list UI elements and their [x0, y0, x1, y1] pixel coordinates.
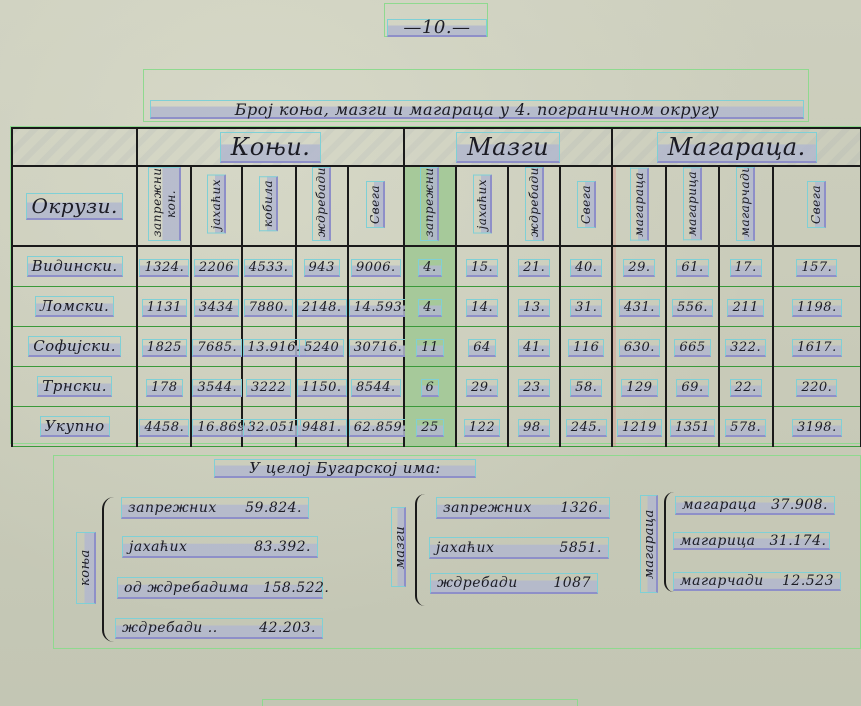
- value-cell: 16.869: [191, 406, 241, 446]
- cell-value: 7880.: [244, 299, 294, 317]
- brace: [102, 497, 114, 642]
- table-row: Укупно4458.16.86932.0519481.62.859.25122…: [12, 406, 861, 446]
- statistics-table: Коњи. Мазги Магараца. Окрузи. запрежних …: [11, 127, 861, 447]
- value-cell: 3434: [191, 286, 241, 326]
- district-column-header: Окрузи.: [12, 166, 137, 246]
- cell-value: 1825: [142, 339, 187, 357]
- summary-item-label: од ждребадима: [124, 580, 249, 596]
- bottom-region: [262, 699, 578, 706]
- summary-item-label: ждребади: [437, 575, 518, 591]
- summary-item: магарчади 12.523: [673, 572, 841, 591]
- cell-value: 116: [568, 339, 604, 357]
- cell-value: 431.: [619, 299, 660, 317]
- column-header: Свега: [348, 166, 404, 246]
- value-cell: 9481.: [296, 406, 348, 446]
- column-header: запрежних кон.: [137, 166, 191, 246]
- column-label: магараца: [630, 168, 649, 241]
- value-cell: 1219: [612, 406, 666, 446]
- cell-value: 5240: [299, 339, 344, 357]
- column-header: јахаћих: [456, 166, 508, 246]
- value-cell: 556.: [666, 286, 718, 326]
- district-cell: Трнски.: [12, 366, 137, 406]
- value-cell: 3544.: [191, 366, 241, 406]
- value-cell: 3198.: [773, 406, 861, 446]
- cell-value: 8544.: [351, 379, 401, 397]
- summary-item-label: јахаћих: [129, 539, 187, 555]
- value-cell: 1351: [666, 406, 718, 446]
- column-header: магараца: [612, 166, 666, 246]
- column-header: ждребади: [508, 166, 560, 246]
- column-header: Свега: [560, 166, 612, 246]
- cell-value: 578.: [725, 419, 766, 437]
- brace: [415, 494, 425, 606]
- value-cell: 943: [296, 246, 348, 286]
- cell-value: 157.: [796, 259, 837, 277]
- cell-value: 69.: [676, 379, 708, 397]
- cell-value: 58.: [570, 379, 602, 397]
- value-cell: 122: [456, 406, 508, 446]
- cell-value: 3434: [194, 299, 239, 317]
- value-cell: 29.: [456, 366, 508, 406]
- value-cell: 1825: [137, 326, 191, 366]
- summary-item-value: 37.908.: [771, 497, 828, 513]
- cell-value: 1219: [617, 419, 662, 437]
- summary-item-label: јахаћих: [436, 540, 494, 556]
- summary-item: од ждребадима 158.522.: [117, 577, 323, 599]
- district-cell: Видински.: [12, 246, 137, 286]
- value-cell: 4.: [404, 246, 456, 286]
- column-label: Свега: [577, 181, 596, 228]
- cell-value: 4458.: [139, 419, 189, 437]
- summary-item-value: 59.824.: [245, 500, 302, 516]
- column-label: запрежних кон.: [148, 167, 181, 241]
- value-cell: 431.: [612, 286, 666, 326]
- cell-value: 14.593.: [349, 299, 412, 317]
- cell-value: 211: [727, 299, 763, 317]
- value-cell: 14.: [456, 286, 508, 326]
- value-cell: 322.: [719, 326, 773, 366]
- summary-item-label: магарица: [680, 533, 755, 549]
- cell-value: 1351: [670, 419, 715, 437]
- column-label: запрежних: [420, 167, 439, 241]
- cell-value: 630.: [619, 339, 660, 357]
- cell-value: 23.: [518, 379, 550, 397]
- value-cell: 9006.: [348, 246, 404, 286]
- district-header-label: Окрузи.: [26, 193, 122, 220]
- group-header-donkeys: Магараца.: [612, 128, 861, 166]
- table-row: Видински.1324.22064533.9439006.4.15.21.4…: [12, 246, 861, 286]
- value-cell: 64: [456, 326, 508, 366]
- summary-item-value: 5851.: [559, 540, 602, 556]
- table-body: Видински.1324.22064533.9439006.4.15.21.4…: [12, 246, 861, 446]
- summary-item: магараца 37.908.: [675, 496, 835, 515]
- district-label: Ломски.: [35, 296, 114, 317]
- summary-item: ждребади .. 42.203.: [115, 618, 323, 639]
- value-cell: 116: [560, 326, 612, 366]
- cell-value: 31.: [570, 299, 602, 317]
- summary-item-label: запрежних: [443, 500, 532, 516]
- cell-value: 9481.: [297, 419, 347, 437]
- column-header: магарица: [666, 166, 718, 246]
- value-cell: 2206: [191, 246, 241, 286]
- value-cell: 13.916.: [242, 326, 296, 366]
- cell-value: 556.: [672, 299, 713, 317]
- cell-value: 122: [464, 419, 500, 437]
- value-cell: 15.: [456, 246, 508, 286]
- group-label: Магараца.: [657, 132, 817, 163]
- district-cell: Укупно: [12, 406, 137, 446]
- column-header: магарчади: [719, 166, 773, 246]
- cell-value: 178: [146, 379, 182, 397]
- summary-item-value: 12.523: [782, 573, 834, 589]
- summary-item-value: 83.392.: [254, 539, 311, 555]
- district-label: Софијски.: [28, 336, 121, 357]
- value-cell: 14.593.: [348, 286, 404, 326]
- cell-value: 1150.: [297, 379, 347, 397]
- summary-item: запрежних 1326.: [436, 497, 610, 519]
- value-cell: 665: [666, 326, 718, 366]
- column-header: јахаћих: [191, 166, 241, 246]
- value-cell: 58.: [560, 366, 612, 406]
- summary-item: јахаћих 83.392.: [122, 536, 318, 558]
- district-label: Трнски.: [37, 376, 112, 397]
- cell-value: 4.: [418, 259, 441, 277]
- column-header: кобила: [242, 166, 296, 246]
- summary-item-label: магарчади: [680, 573, 764, 589]
- cell-value: 220.: [796, 379, 837, 397]
- summary-group-label-donkeys: магараца: [640, 495, 658, 593]
- cell-value: 98.: [518, 419, 550, 437]
- column-label: магарчади: [736, 167, 755, 241]
- value-cell: 31.: [560, 286, 612, 326]
- cell-value: 22.: [730, 379, 762, 397]
- value-cell: 62.859.: [348, 406, 404, 446]
- table-row: Ломски.113134347880.2148.14.593.4.14.13.…: [12, 286, 861, 326]
- cell-value: 40.: [570, 259, 602, 277]
- cell-value: 6: [421, 379, 440, 397]
- group-header-mules: Мазги: [404, 128, 612, 166]
- value-cell: 32.051: [242, 406, 296, 446]
- cell-value: 11: [416, 339, 444, 357]
- district-label: Видински.: [27, 256, 123, 277]
- cell-value: 245.: [566, 419, 607, 437]
- value-cell: 178: [137, 366, 191, 406]
- summary-item: запрежних 59.824.: [121, 497, 309, 519]
- cell-value: 3222: [246, 379, 291, 397]
- value-cell: 29.: [612, 246, 666, 286]
- group-header-horses: Коњи.: [137, 128, 404, 166]
- value-cell: 21.: [508, 246, 560, 286]
- district-cell: Софијски.: [12, 326, 137, 366]
- cell-value: 1198.: [792, 299, 842, 317]
- column-label: Свега: [366, 181, 385, 228]
- column-header-highlighted: запрежних: [404, 166, 456, 246]
- cell-value: 7685.: [192, 339, 242, 357]
- statistics-table-region: Коњи. Мазги Магараца. Окрузи. запрежних …: [10, 126, 861, 444]
- value-cell: 1198.: [773, 286, 861, 326]
- column-label: кобила: [259, 176, 278, 231]
- group-header-row: Коњи. Мазги Магараца.: [12, 128, 861, 166]
- cell-value: 3544.: [192, 379, 242, 397]
- column-header: Свега: [773, 166, 861, 246]
- column-label: Свега: [807, 181, 826, 228]
- value-cell: 211: [719, 286, 773, 326]
- summary-item-label: ждребади ..: [122, 620, 218, 636]
- summary-group-label-horses: коња: [76, 532, 96, 604]
- page-number: —10.—: [387, 19, 487, 37]
- value-cell: 4.: [404, 286, 456, 326]
- value-cell: 2148.: [296, 286, 348, 326]
- value-cell: 4458.: [137, 406, 191, 446]
- column-label: јахаћих: [473, 175, 492, 234]
- scanned-page: —10.— Број коња, мазги и магараца у 4. п…: [0, 0, 861, 706]
- column-header-row: Окрузи. запрежних кон. јахаћих кобила жд…: [12, 166, 861, 246]
- summary-group-label-mules: мазги: [391, 507, 406, 587]
- cell-value: 943: [304, 259, 340, 277]
- summary-item-label: запрежних: [128, 500, 217, 516]
- cell-value: 64: [468, 339, 496, 357]
- empty-corner: [12, 128, 137, 166]
- cell-value: 25: [416, 419, 444, 437]
- summary-item-value: 1087: [553, 575, 591, 591]
- table-row: Софијски.18257685.13.916.524030716.11644…: [12, 326, 861, 366]
- value-cell: 157.: [773, 246, 861, 286]
- value-cell: 8544.: [348, 366, 404, 406]
- value-cell: 578.: [719, 406, 773, 446]
- cell-value: 29.: [623, 259, 655, 277]
- page-number-region: —10.—: [384, 3, 488, 37]
- cell-value: 62.859.: [349, 419, 412, 437]
- cell-value: 30716.: [349, 339, 408, 357]
- cell-value: 1617.: [792, 339, 842, 357]
- district-label: Укупно: [40, 416, 110, 437]
- summary-item-value: 31.174.: [769, 533, 826, 549]
- column-label: ждребади: [312, 167, 331, 241]
- group-label: Мазги: [456, 132, 560, 163]
- value-cell: 245.: [560, 406, 612, 446]
- column-header: ждребади: [296, 166, 348, 246]
- district-cell: Ломски.: [12, 286, 137, 326]
- value-cell: 98.: [508, 406, 560, 446]
- value-cell: 1324.: [137, 246, 191, 286]
- cell-value: 2206: [194, 259, 239, 277]
- cell-value: 4.: [418, 299, 441, 317]
- summary-item-value: 1326.: [560, 500, 603, 516]
- cell-value: 322.: [725, 339, 766, 357]
- summary-item: магарица 31.174.: [673, 532, 830, 550]
- cell-value: 21.: [518, 259, 550, 277]
- cell-value: 1324.: [139, 259, 189, 277]
- cell-value: 61.: [676, 259, 708, 277]
- document-title: Број коња, мазги и магараца у 4. пограни…: [150, 100, 804, 119]
- table-row: Трнски.1783544.32221150.8544.629.23.58.1…: [12, 366, 861, 406]
- value-cell: 7685.: [191, 326, 241, 366]
- group-label: Коњи.: [220, 132, 322, 163]
- value-cell: 13.: [508, 286, 560, 326]
- column-label: ждребади: [525, 167, 544, 241]
- value-cell: 25: [404, 406, 456, 446]
- value-cell: 5240: [296, 326, 348, 366]
- cell-value: 41.: [518, 339, 550, 357]
- column-label: магарица: [683, 167, 702, 240]
- value-cell: 4533.: [242, 246, 296, 286]
- summary-item-value: 42.203.: [259, 620, 316, 636]
- value-cell: 17.: [719, 246, 773, 286]
- cell-value: 29.: [466, 379, 498, 397]
- cell-value: 4533.: [244, 259, 294, 277]
- value-cell: 7880.: [242, 286, 296, 326]
- summary-title: У целој Бугарској има:: [214, 459, 476, 478]
- column-label: јахаћих: [207, 175, 226, 234]
- value-cell: 40.: [560, 246, 612, 286]
- cell-value: 13.: [518, 299, 550, 317]
- value-cell: 630.: [612, 326, 666, 366]
- value-cell: 1131: [137, 286, 191, 326]
- cell-value: 1131: [142, 299, 187, 317]
- value-cell: 1150.: [296, 366, 348, 406]
- cell-value: 17.: [730, 259, 762, 277]
- value-cell: 69.: [666, 366, 718, 406]
- cell-value: 9006.: [351, 259, 401, 277]
- value-cell: 3222: [242, 366, 296, 406]
- cell-value: 3198.: [792, 419, 842, 437]
- cell-value: 665: [674, 339, 710, 357]
- cell-value: 32.051: [243, 419, 302, 437]
- value-cell: 22.: [719, 366, 773, 406]
- value-cell: 1617.: [773, 326, 861, 366]
- value-cell: 61.: [666, 246, 718, 286]
- summary-item-value: 158.522.: [263, 580, 329, 596]
- cell-value: 129: [621, 379, 657, 397]
- value-cell: 220.: [773, 366, 861, 406]
- value-cell: 41.: [508, 326, 560, 366]
- summary-item: ждребади 1087: [430, 573, 598, 594]
- value-cell: 6: [404, 366, 456, 406]
- summary-item-label: магараца: [682, 497, 757, 513]
- cell-value: 14.: [466, 299, 498, 317]
- summary-item: јахаћих 5851.: [429, 537, 609, 559]
- value-cell: 129: [612, 366, 666, 406]
- value-cell: 30716.: [348, 326, 404, 366]
- cell-value: 15.: [466, 259, 498, 277]
- cell-value: 2148.: [297, 299, 347, 317]
- value-cell: 11: [404, 326, 456, 366]
- value-cell: 23.: [508, 366, 560, 406]
